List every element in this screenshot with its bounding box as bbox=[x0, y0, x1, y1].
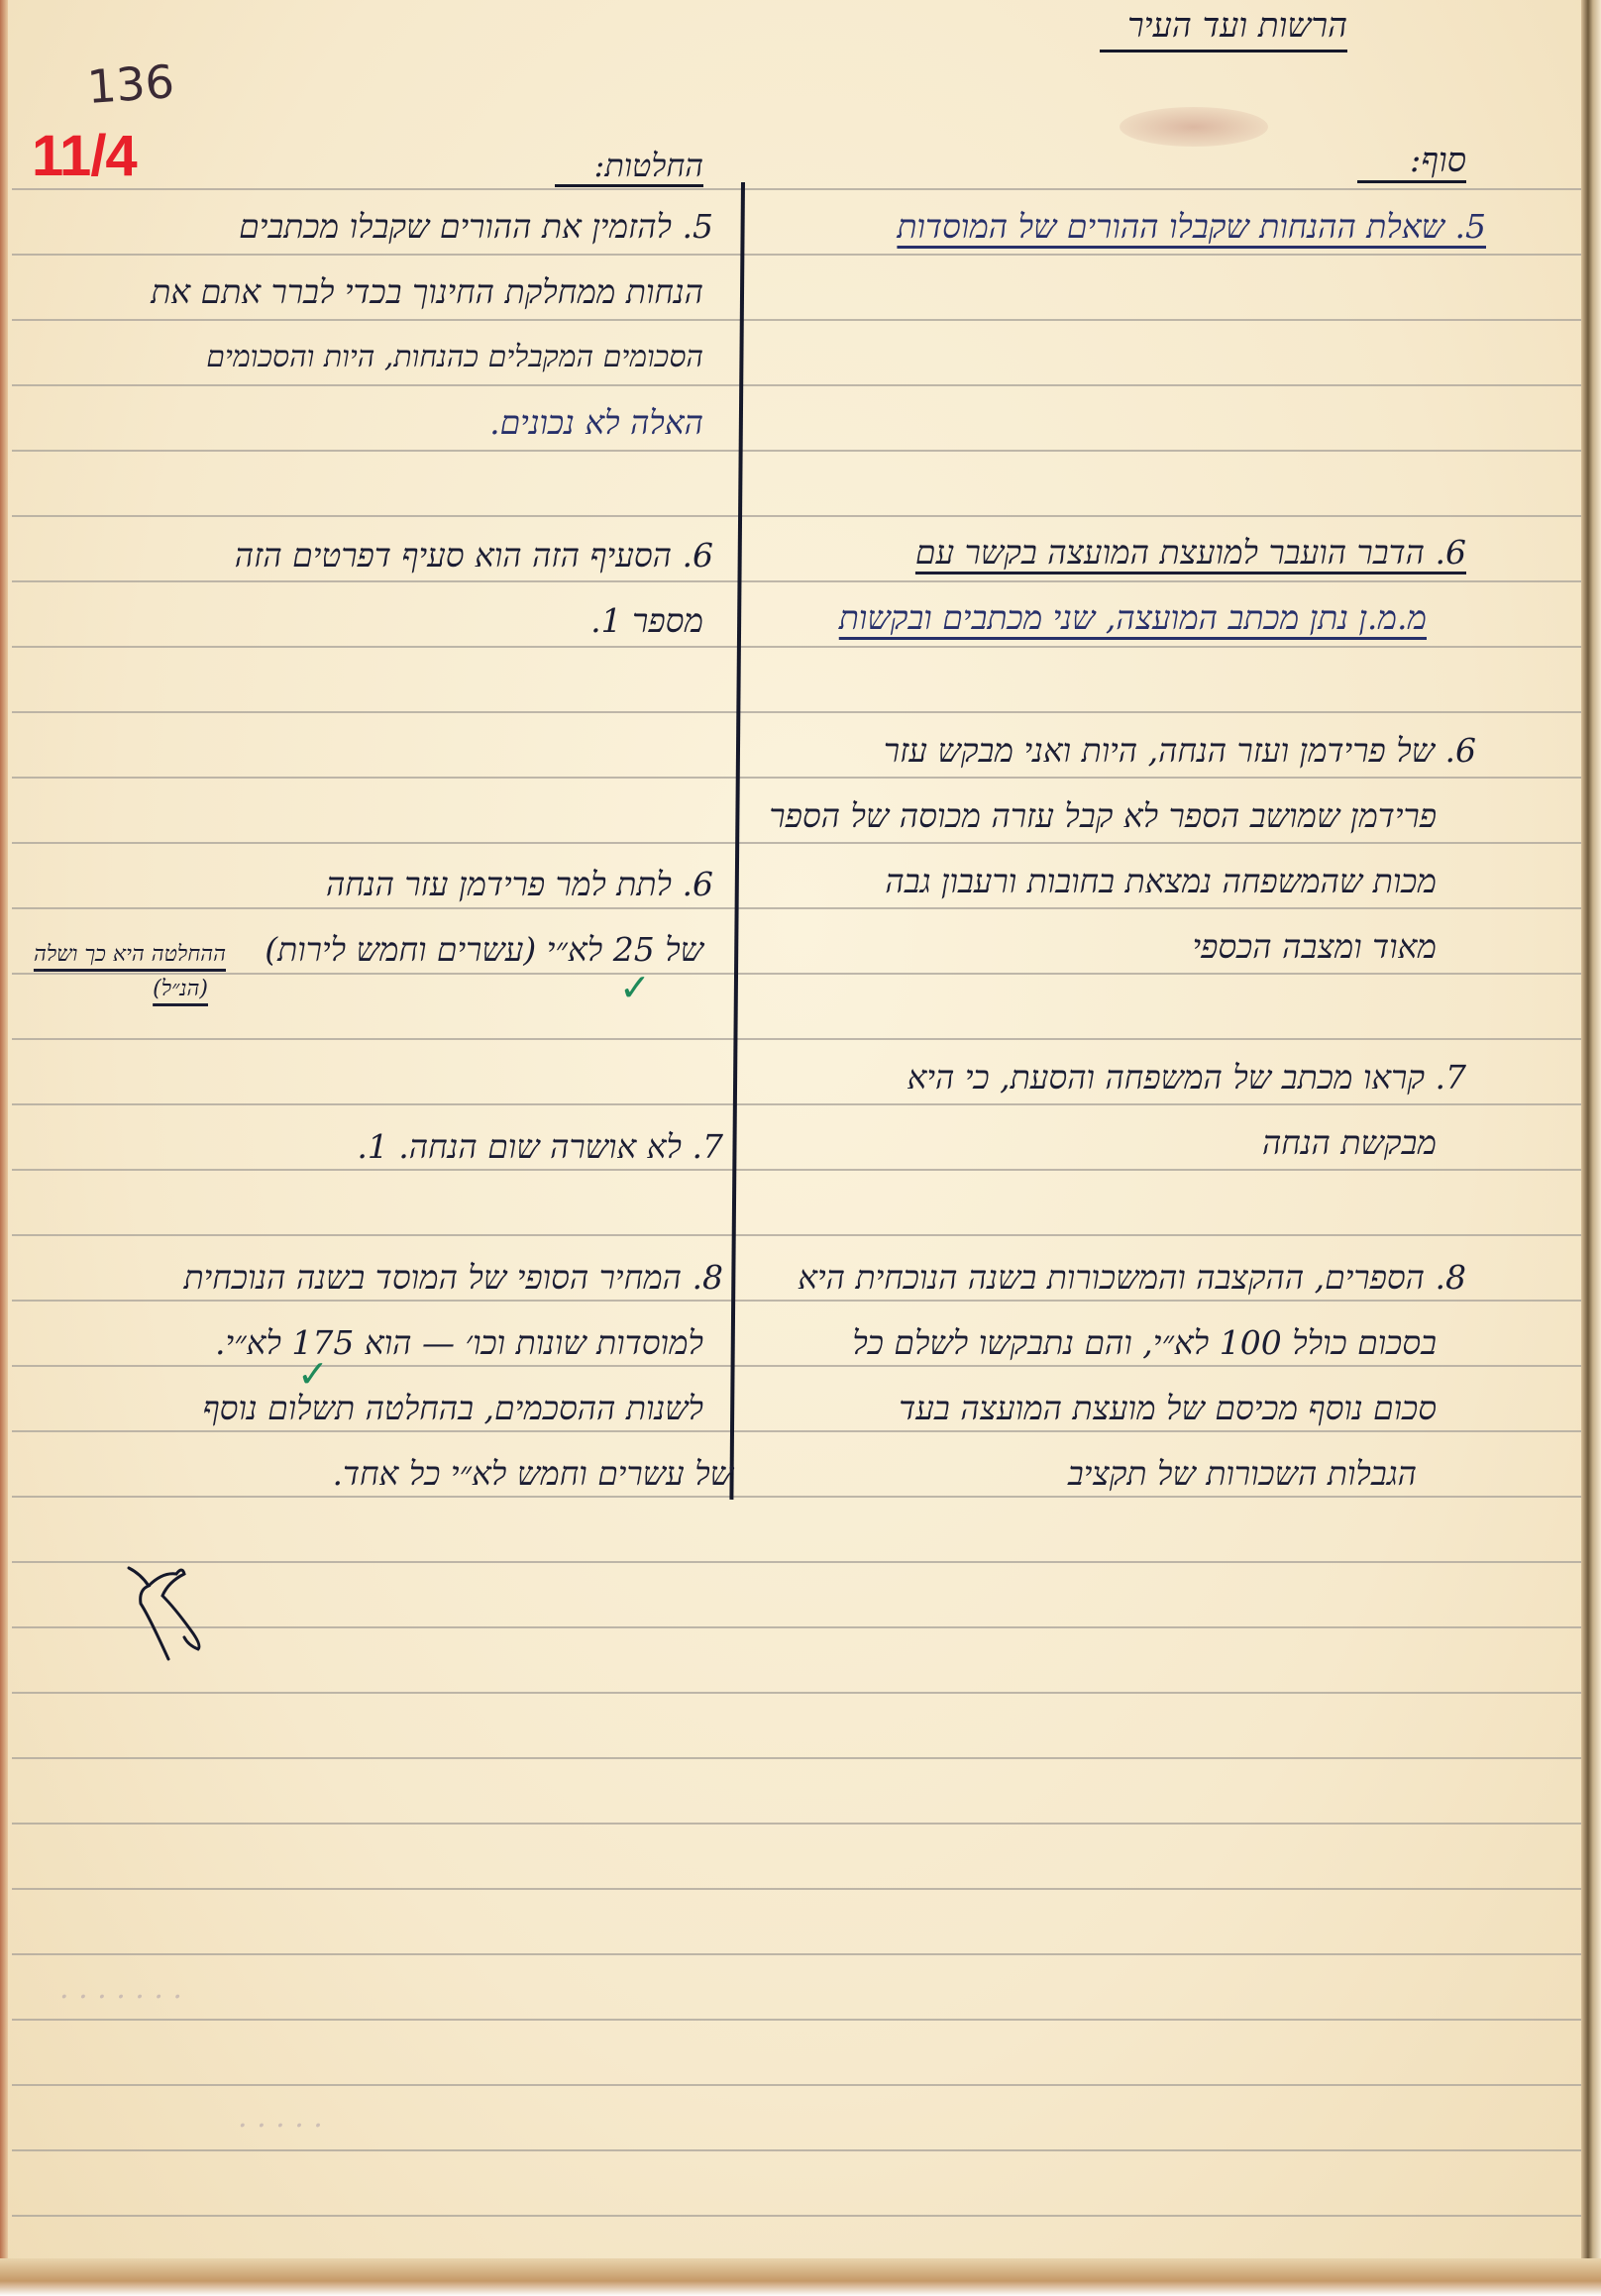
ruled-line bbox=[12, 1234, 1581, 1236]
page-bottom-edge bbox=[0, 2258, 1601, 2296]
right-item-8-line-4: הגבלות השכורות של תקציב bbox=[1001, 1441, 1417, 1507]
ruled-line bbox=[12, 450, 1581, 452]
right-item-6b-line-4: מאוד ומצבה הכספי bbox=[1090, 914, 1437, 980]
page-right-edge bbox=[1581, 0, 1601, 2296]
left-item-5-line-1: 5. להזמין את ההורים שקבלו מכתבים bbox=[109, 194, 713, 260]
ruled-line bbox=[12, 2149, 1581, 2151]
ruled-line bbox=[12, 1038, 1581, 1040]
ruled-line bbox=[12, 1692, 1581, 1694]
document-title: הרשות ועד העיר bbox=[1100, 6, 1347, 52]
right-item-8-line-3: סכום נוסף מכיסם של מועצת המועצה בעד bbox=[793, 1376, 1437, 1441]
signature-icon bbox=[119, 1560, 238, 1669]
left-item-6b-line-1: 6. לתת למר פרידמן עזר הנחה bbox=[149, 852, 713, 917]
page-number: 136 bbox=[85, 54, 175, 114]
ruled-line bbox=[12, 1561, 1581, 1563]
bleed-through-text: . . . . . bbox=[238, 2100, 323, 2135]
ruled-line bbox=[12, 1757, 1581, 1759]
column-divider bbox=[729, 182, 745, 1500]
ruled-line bbox=[12, 1823, 1581, 1825]
left-item-7: 7. לא אושרה שום הנחה. 1. bbox=[40, 1114, 723, 1180]
right-item-7-line-2: מבקשת הנחה bbox=[1238, 1110, 1437, 1176]
left-item-6a-line-2: מספר 1. bbox=[535, 588, 703, 654]
checkmark-icon: ✓ bbox=[619, 966, 651, 1009]
ruled-line bbox=[12, 711, 1581, 713]
right-item-6b-line-3: מכות שהמשפחה נמצאת בחובות ורעבון גבה bbox=[812, 849, 1437, 914]
left-item-8-line-2: למוסדות שונות וכו׳ — הוא 175 לא״י. bbox=[139, 1310, 703, 1376]
left-item-8-line-1: 8. המחיר הסופי של המוסד בשנה הנוכחית bbox=[30, 1245, 723, 1310]
page-left-border bbox=[0, 0, 8, 2296]
left-column-heading: החלטות: bbox=[555, 147, 703, 187]
right-item-5: 5. שאלת ההנחות שקבלו ההורים של המוסדות bbox=[773, 194, 1486, 260]
right-item-8-line-1: 8. הספרים, ההקצבה והמשכורות בשנה הנוכחית… bbox=[793, 1245, 1466, 1310]
ruled-line bbox=[12, 1626, 1581, 1628]
left-item-8-line-4: של עשרים וחמש לא״י כל אחד. bbox=[168, 1441, 733, 1507]
left-item-5-line-3: הסכומים המקבלים כהנחות, היות והסכומים bbox=[50, 325, 703, 390]
ruled-line bbox=[12, 2215, 1581, 2217]
left-item-5-line-2: הנחות ממחלקת החינוך בכדי לברר אתם את bbox=[89, 260, 703, 325]
right-item-8-line-2: בסכום כולל 100 לא״י, והם נתבקשו לשלם כל bbox=[793, 1310, 1437, 1376]
margin-note: ההחלטה היא כך ושלה bbox=[28, 941, 226, 967]
scanned-document-page: 136 11/4 הרשות ועד העיר סוף: החלטות: 5. … bbox=[0, 0, 1601, 2296]
date-stamp: 11/4 bbox=[32, 123, 137, 189]
ink-smudge bbox=[1120, 107, 1268, 147]
ruled-line bbox=[12, 1888, 1581, 1890]
ruled-line bbox=[12, 2019, 1581, 2021]
ruled-line bbox=[12, 2084, 1581, 2086]
right-item-6a-line-2: מ.מ.ן נתן מכתב המועצה, שני מכתבים ובקשות bbox=[773, 585, 1427, 651]
ruled-line bbox=[12, 515, 1581, 517]
right-item-6a-line-1: 6. הדבר הועבר למועצת המועצה בקשר עם bbox=[783, 520, 1466, 585]
margin-note-ref: (הנ״ל) bbox=[89, 976, 208, 1001]
bleed-through-text: . . . . . . . bbox=[59, 1971, 182, 2006]
left-item-5-line-4: האלה לא נכונים. bbox=[396, 390, 703, 456]
right-column-heading: סוף: bbox=[1357, 141, 1466, 183]
right-item-7-line-1: 7. קראו מכתב של המשפחה והסעת, כי היא bbox=[832, 1045, 1466, 1110]
ruled-line bbox=[12, 1953, 1581, 1955]
ruled-line bbox=[12, 188, 1581, 190]
left-item-8-line-3: לשנות ההסכמים, בהחלטה תשלום נוסף bbox=[50, 1376, 703, 1441]
right-item-6b-line-1: 6. של פרידמן ועזר הנחה, היות ואני מבקש ע… bbox=[753, 718, 1476, 783]
right-item-6b-line-2: פרידמן שמושב הספר לא קבל עזרה מכוסה של ה… bbox=[753, 783, 1437, 849]
left-item-6a-line-1: 6. הסעיף הזה הוא סעיף דפרטים הזה bbox=[79, 523, 713, 588]
